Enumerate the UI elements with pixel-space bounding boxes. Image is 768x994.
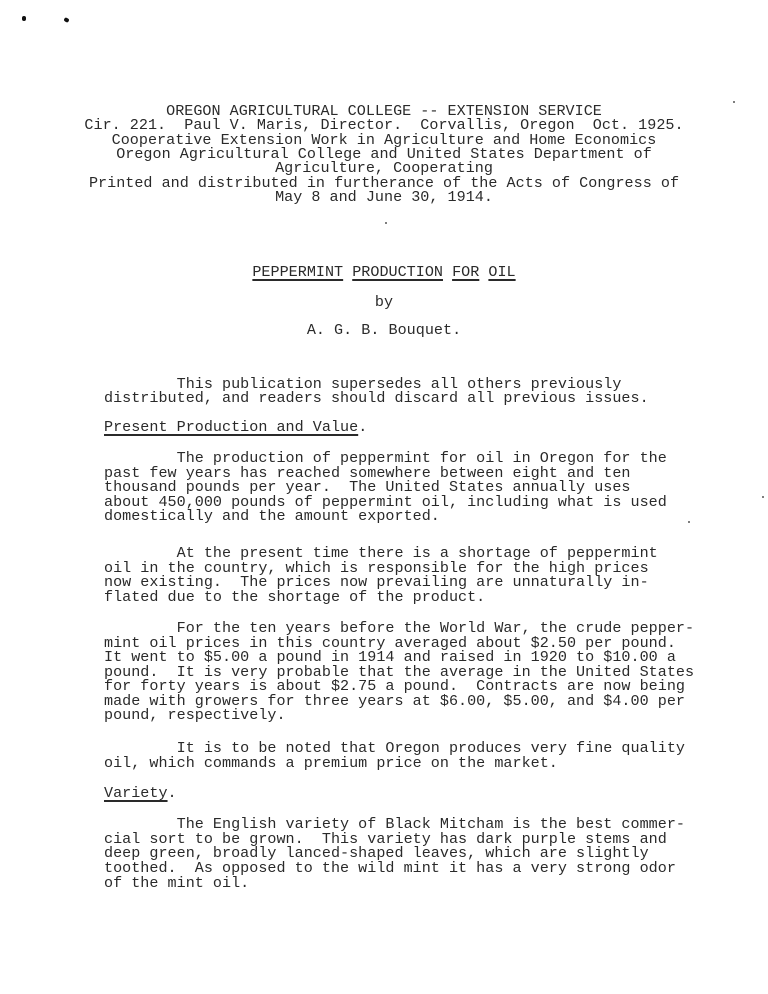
text-line: oil, which commands a premium price on t…	[104, 756, 558, 771]
header-line: May 8 and June 30, 1914.	[0, 190, 768, 205]
section-heading: Variety.	[104, 786, 177, 801]
section-heading-text: Variety	[104, 784, 168, 802]
section-heading-period: .	[358, 418, 367, 436]
scan-mark	[63, 17, 69, 23]
section-heading-period: .	[168, 784, 177, 802]
title-word: FOR	[452, 263, 479, 281]
author: A. G. B. Bouquet.	[0, 323, 768, 338]
scan-mark	[22, 16, 26, 21]
text-line: flated due to the shortage of the produc…	[104, 590, 485, 605]
text-line: pound, respectively.	[104, 708, 286, 723]
section-heading: Present Production and Value.	[104, 420, 367, 435]
text-line: distributed, and readers should discard …	[104, 391, 649, 406]
byline-by: by	[0, 295, 768, 310]
section-heading-text: Present Production and Value	[104, 418, 358, 436]
document-title: PEPPERMINT PRODUCTION FOR OIL	[0, 265, 768, 280]
scan-speck	[762, 496, 764, 498]
title-word: PRODUCTION	[352, 263, 443, 281]
scan-speck	[688, 521, 690, 523]
text-line: domestically and the amount exported.	[104, 509, 440, 524]
text-line: of the mint oil.	[104, 876, 249, 891]
title-word: OIL	[488, 263, 515, 281]
scan-speck	[733, 101, 735, 103]
title-word: PEPPERMINT	[252, 263, 343, 281]
scan-speck	[385, 222, 387, 224]
